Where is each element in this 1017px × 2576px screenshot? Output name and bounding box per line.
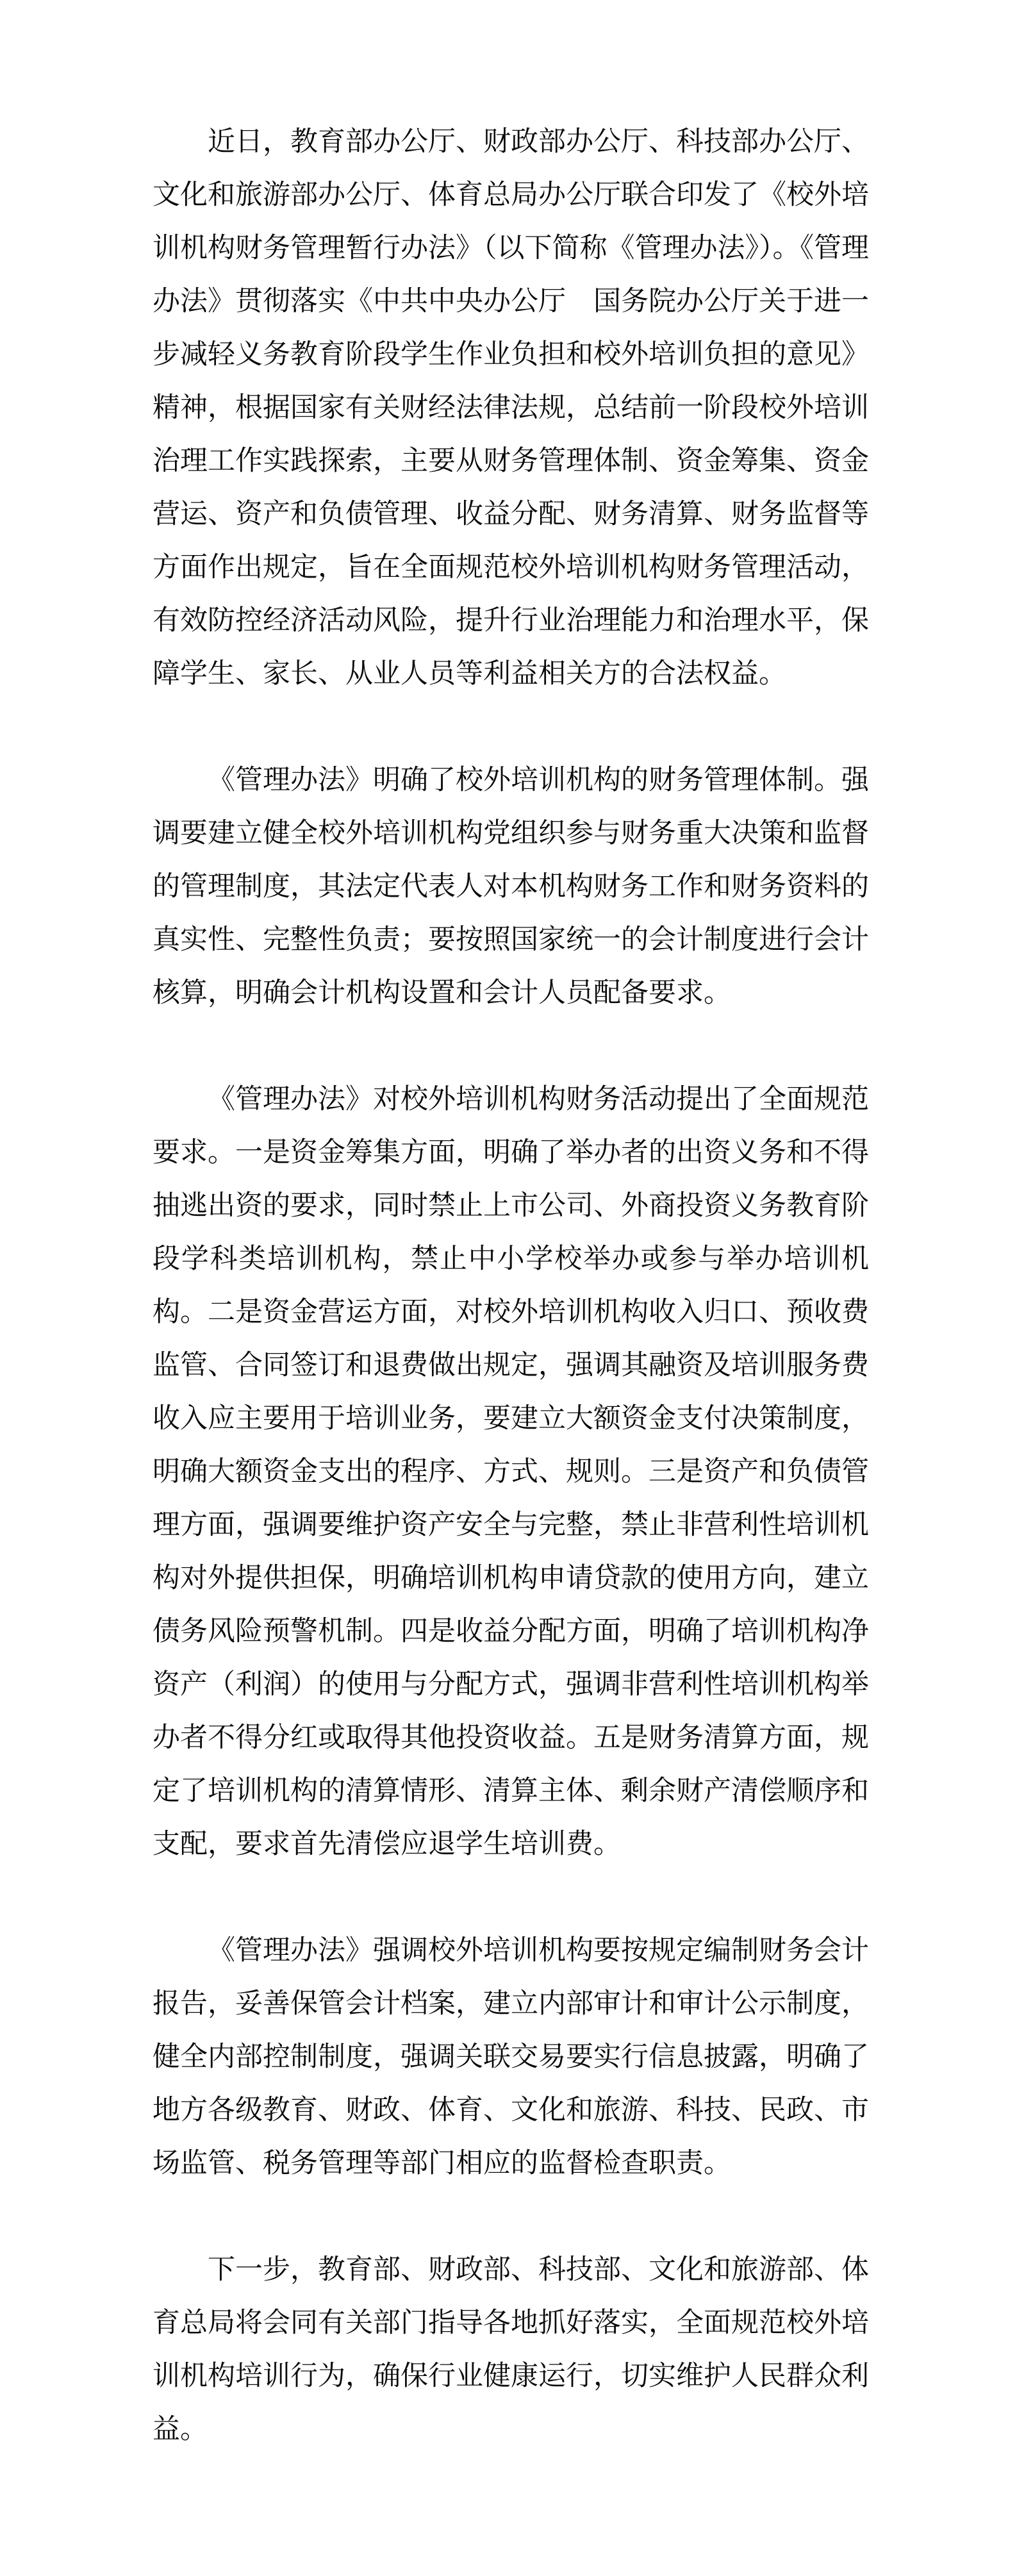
paragraph-reporting-supervision: 《管理办法》强调校外培训机构要按规定编制财务会计报告，妥善保管会计档案，建立内部… (153, 1924, 869, 2190)
document-page: 近日，教育部办公厅、财政部办公厅、科技部办公厅、文化和旅游部办公厅、体育总局办公… (0, 0, 1017, 2576)
paragraph-financial-activity-rules: 《管理办法》对校外培训机构财务活动提出了全面规范要求。一是资金筹集方面，明确了举… (153, 1073, 869, 1871)
paragraph-management-system: 《管理办法》明确了校外培训机构的财务管理体制。强调要建立健全校外培训机构党组织参… (153, 754, 869, 1020)
article-body: 近日，教育部办公厅、财政部办公厅、科技部办公厅、文化和旅游部办公厅、体育总局办公… (153, 115, 869, 2456)
paragraph-next-steps: 下一步，教育部、财政部、科技部、文化和旅游部、体育总局将会同有关部门指导各地抓好… (153, 2243, 869, 2456)
paragraph-intro: 近日，教育部办公厅、财政部办公厅、科技部办公厅、文化和旅游部办公厅、体育总局办公… (153, 115, 869, 701)
